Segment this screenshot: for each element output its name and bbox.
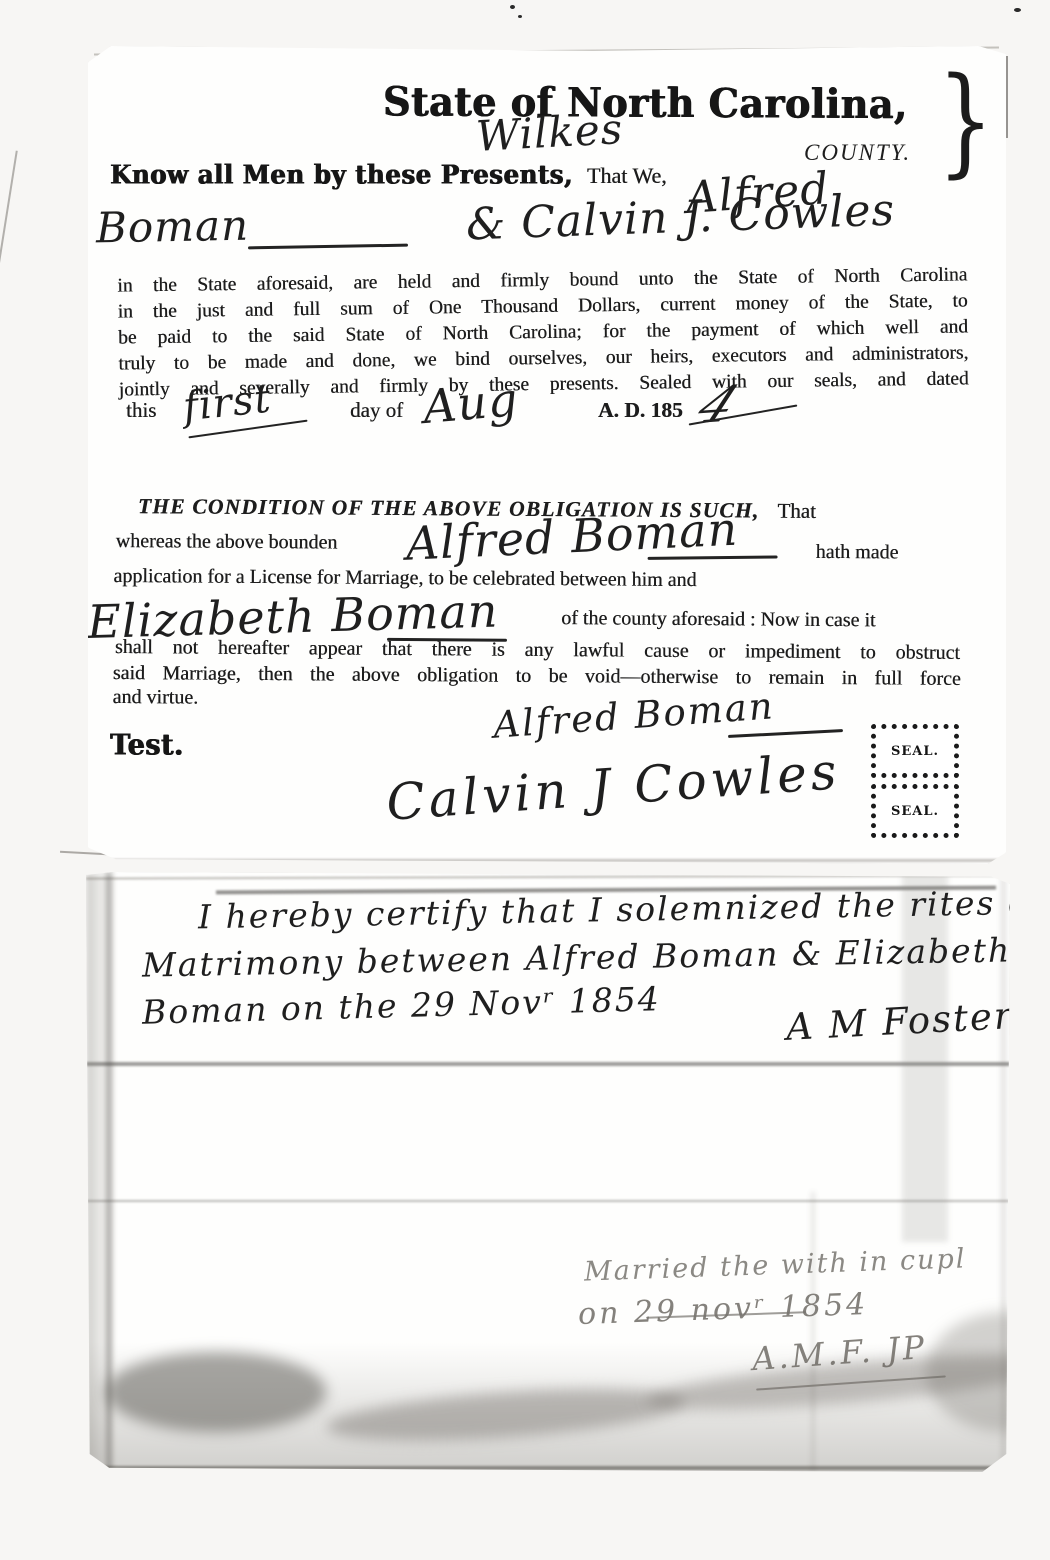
fold-crease	[86, 1200, 1010, 1202]
county-brace: }	[937, 68, 993, 173]
opening-plain: That We,	[587, 163, 667, 188]
certificate-line2: Matrimony between Alfred Boman & Elizabe…	[142, 930, 1012, 984]
condition-line7: and virtue.	[113, 686, 199, 710]
scan-speck	[510, 5, 515, 9]
seal-stamp: SEAL.	[871, 724, 959, 778]
state-title: State of North Carolina,	[383, 77, 908, 127]
test-label: Test.	[110, 729, 184, 762]
officiant-signature: A M Foster	[785, 994, 1014, 1049]
pen-flourish	[728, 729, 843, 738]
scanned-document-page: State of North Carolina, } Wilkes COUNTY…	[0, 0, 1050, 1560]
ad-label: A. D. 185	[598, 398, 683, 423]
pencil-note-line1: Married the with in cupl	[584, 1243, 967, 1287]
stain-smudge	[106, 1352, 326, 1432]
month-handwritten: Aug	[421, 372, 521, 434]
pen-flourish	[648, 555, 778, 559]
scan-right-edge-line	[1006, 56, 1008, 138]
sheet-edge-crease	[88, 859, 1006, 862]
fold-crease	[86, 874, 1010, 879]
condition-heading-tail: That	[777, 499, 816, 523]
seal-label: SEAL.	[891, 744, 939, 759]
surety-signature: Calvin J Cowles	[385, 742, 843, 832]
principal-name-handwritten-2: Boman	[96, 201, 250, 253]
pencil-note-line2: on 29 novʳ 1854	[577, 1287, 868, 1332]
scan-speck	[518, 15, 522, 18]
county-label: COUNTY.	[804, 140, 911, 166]
seal-label: SEAL.	[891, 804, 939, 819]
date-middle: day of	[350, 398, 403, 423]
certificate-sheet: I hereby certify that I solemnized the r…	[86, 872, 1010, 1472]
seal-stamp: SEAL.	[871, 784, 959, 838]
scan-left-edge-line	[0, 151, 18, 275]
certificate-line3: Boman on the 29 Novʳ 1854	[142, 979, 662, 1032]
bottom-edge-line	[86, 1466, 1010, 1470]
marriage-bond-sheet: State of North Carolina, } Wilkes COUNTY…	[88, 46, 1006, 864]
condition-line2-prefix: whereas the above bounden	[116, 530, 338, 555]
date-prefix: this	[126, 398, 156, 423]
day-handwritten: first	[181, 376, 274, 431]
surety-name-handwritten: & Calvin J. Cowles	[465, 185, 896, 251]
condition-line2-suffix: hath made	[816, 541, 899, 565]
condition-line6: said Marriage, then the above obligation…	[113, 660, 961, 692]
scan-speck	[1014, 8, 1021, 12]
right-fold-shading	[902, 872, 948, 1242]
fold-crease	[86, 1062, 1010, 1066]
pen-flourish	[248, 244, 408, 249]
condition-line4-suffix: of the county aforesaid : Now in case it	[561, 607, 876, 632]
principal-signature: Alfred Boman	[492, 684, 776, 747]
county-name-handwritten: Wilkes	[475, 104, 625, 161]
opening-blackletter: Know all Men by these Presents,	[110, 159, 573, 190]
